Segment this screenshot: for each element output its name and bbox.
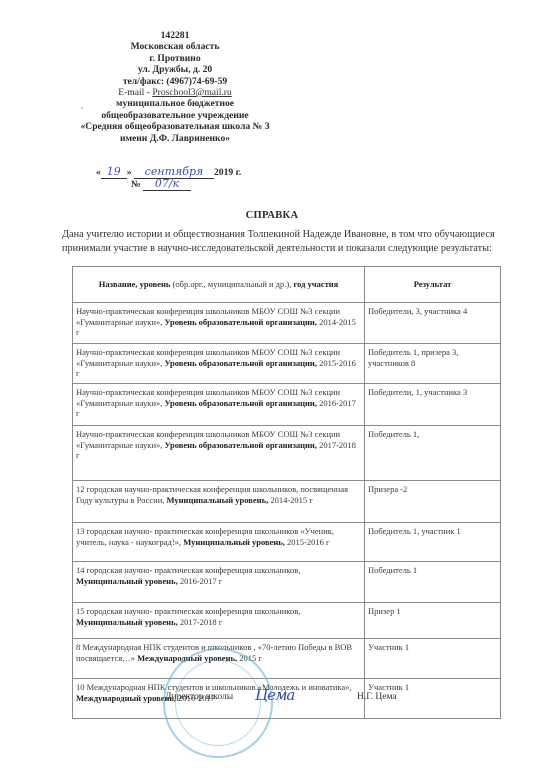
- event-cell: Научно-практическая конференция школьник…: [73, 344, 365, 384]
- event-year: 2014-2015 г: [268, 495, 313, 505]
- event-level: Уровень образовательной организации,: [165, 398, 317, 408]
- date-day: 19: [101, 165, 127, 179]
- event-level: Муниципальный уровень,: [76, 576, 178, 586]
- event-cell: Научно-практическая конференция школьник…: [73, 384, 365, 426]
- table-row: 8 Международная НПК студентов и школьник…: [73, 639, 501, 679]
- header-name-level-year: Название, уровень (обр.орг., муниципальн…: [73, 267, 365, 303]
- table-row: 14 городская научно- практическая конфер…: [73, 562, 501, 603]
- result-cell: Участник 1: [365, 639, 501, 679]
- number-label: №: [131, 179, 141, 190]
- event-cell: Научно-практическая конференция школьник…: [73, 303, 365, 344]
- event-cell: 12 городская научно-практическая конфере…: [73, 481, 365, 523]
- table-row: Научно-практическая конференция школьник…: [73, 344, 501, 384]
- signatory-name: Н.Г. Цема: [357, 692, 397, 702]
- result-cell: Призер 1: [365, 603, 501, 639]
- document-title: СПРАВКА: [0, 210, 544, 221]
- table-row: 13 городская научно- практическая конфер…: [73, 523, 501, 562]
- event-level: Международный уровень,: [76, 693, 176, 703]
- org-line-1: муниципальное бюджетное: [55, 98, 295, 109]
- table-row: Научно-практическая конференция школьник…: [73, 303, 501, 344]
- table-row: 15 городская научно- практическая конфер…: [73, 603, 501, 639]
- result-cell: Победитель 1, призера 3, участников 8: [365, 344, 501, 384]
- event-cell: 15 городская научно- практическая конфер…: [73, 603, 365, 639]
- handwritten-signature: Цема: [255, 686, 294, 704]
- intro-paragraph: Дана учителю истории и обществознания То…: [62, 228, 522, 256]
- result-cell: Призера -2: [365, 481, 501, 523]
- email-label: E-mail -: [118, 87, 152, 98]
- header-result: Результат: [365, 267, 501, 303]
- org-line-4: имени Д.Ф. Лавриненко»: [55, 133, 295, 144]
- event-level: Уровень образовательной организации,: [165, 317, 317, 327]
- letterhead: 142281 Московская область г. Протвино ул…: [55, 30, 295, 144]
- org-line-2: общеобразовательное учреждение: [55, 110, 295, 121]
- event-level: Уровень образовательной организации,: [165, 440, 317, 450]
- table-row: Научно-практическая конференция школьник…: [73, 384, 501, 426]
- event-level: Муниципальный уровень,: [76, 617, 178, 627]
- event-name: 15 городская научно- практическая конфер…: [76, 606, 300, 616]
- event-level: Муниципальный уровень,: [183, 537, 285, 547]
- email-link[interactable]: Proschool3@mail.ru: [152, 87, 231, 98]
- document-number: № 07/к: [131, 177, 191, 191]
- event-cell: 13 городская научно- практическая конфер…: [73, 523, 365, 562]
- table-row: 12 городская научно-практическая конфере…: [73, 481, 501, 523]
- event-name: 14 городская научно- практическая конфер…: [76, 565, 300, 575]
- street: ул. Дружбы, д. 20: [55, 64, 295, 75]
- table-row: Научно-практическая конференция школьник…: [73, 426, 501, 481]
- city: г. Протвино: [55, 53, 295, 64]
- result-cell: Победитель 1, участник 1: [365, 523, 501, 562]
- event-year: 2016-2017 г: [178, 576, 223, 586]
- result-cell: Победители, 3, участника 4: [365, 303, 501, 344]
- signature-label: Директор школы: [165, 692, 233, 702]
- region: Московская область: [55, 41, 295, 52]
- event-year: 2017-2018 г: [178, 617, 223, 627]
- table-header-row: Название, уровень (обр.орг., муниципальн…: [73, 267, 501, 303]
- email-line: E-mail - Proschool3@mail.ru: [55, 87, 295, 98]
- phone: тел/факс: (4967)74-69-59: [55, 76, 295, 87]
- number-value: 07/к: [143, 177, 191, 191]
- stray-mark: ,: [81, 101, 83, 110]
- date-year: 2019 г.: [214, 167, 241, 178]
- event-year: 2015-2016 г: [285, 537, 330, 547]
- event-level: Уровень образовательной организации,: [165, 358, 317, 368]
- event-cell: Научно-практическая конференция школьник…: [73, 426, 365, 481]
- event-level: Муниципальный уровень,: [167, 495, 269, 505]
- result-cell: Победитель 1: [365, 562, 501, 603]
- postal-code: 142281: [55, 30, 295, 41]
- event-cell: 14 городская научно- практическая конфер…: [73, 562, 365, 603]
- result-cell: Победитель 1,: [365, 426, 501, 481]
- results-table: Название, уровень (обр.орг., муниципальн…: [72, 266, 501, 719]
- org-line-3: «Средняя общеобразовательная школа № 3: [55, 121, 295, 132]
- result-cell: Победители, 1, участника 3: [365, 384, 501, 426]
